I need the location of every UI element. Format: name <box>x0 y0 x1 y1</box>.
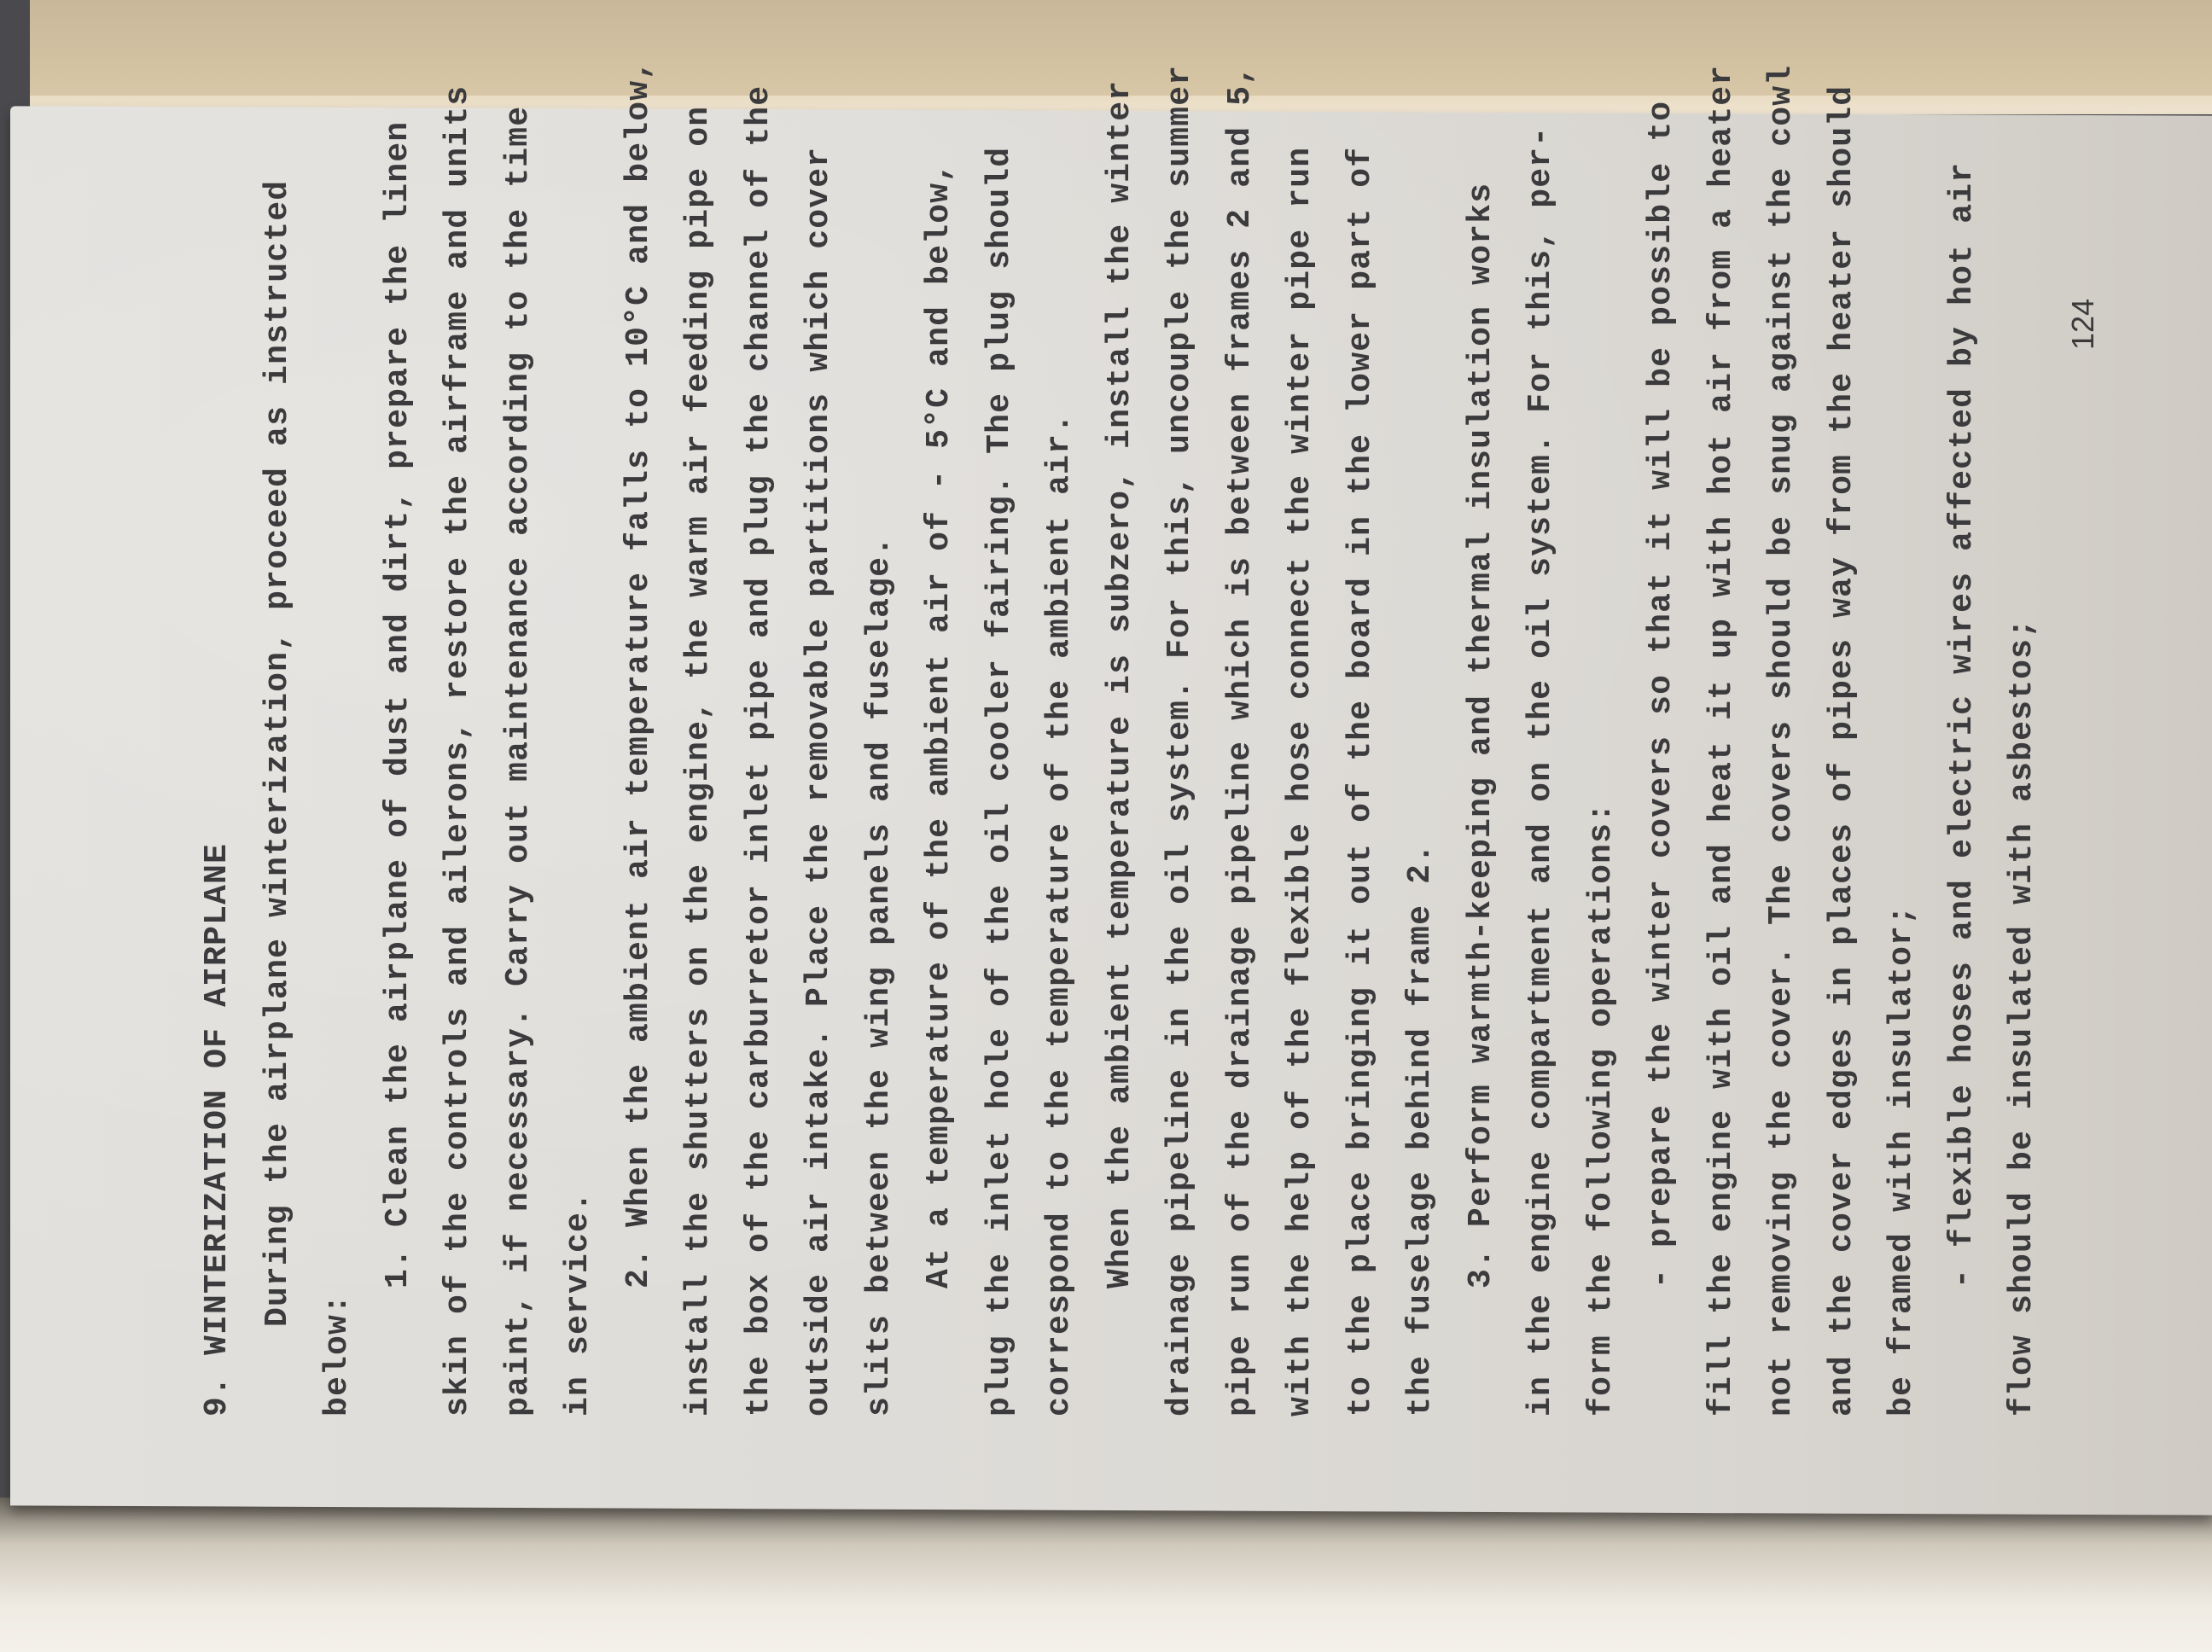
text-line: be framed with insulator; <box>1872 119 1933 1416</box>
text-line: in the engine compartment and on the oil… <box>1511 119 1572 1416</box>
text-line: 3. Perform warmth-keeping and thermal in… <box>1452 119 1512 1416</box>
text-line: drainage pipeline in the oil system. For… <box>1150 119 1211 1416</box>
text-line: not removing the cover. The covers shoul… <box>1752 119 1813 1416</box>
text-line: install the shutters on the engine, the … <box>669 119 730 1416</box>
text-line: paint, if necessary. Carry out maintenan… <box>489 119 550 1416</box>
text-line: 1. Clean the airplane of dust and dirt, … <box>369 119 429 1416</box>
text-line: with the help of the flexible hose conne… <box>1271 119 1331 1416</box>
text-line: During the airplane winterization, proce… <box>248 119 309 1416</box>
text-line: and the cover edges in places of pipes w… <box>1813 119 1873 1416</box>
text-line: pipe run of the drainage pipeline which … <box>1211 119 1272 1416</box>
text-line: 2. When the ambient air temperature fall… <box>609 119 670 1416</box>
text-line: correspond to the temperature of the amb… <box>1030 119 1091 1416</box>
text-line: the box of the carburretor inlet pipe an… <box>730 119 790 1416</box>
text-line: the fuselage behind frame 2. <box>1391 119 1452 1416</box>
text-line: - prepare the winter covers so that it w… <box>1632 119 1692 1416</box>
underlying-page <box>0 1498 2212 1652</box>
text-line: below: <box>308 119 369 1416</box>
text-line: - flexible hoses and electric wires affe… <box>1933 119 1994 1416</box>
text-line: plug the inlet hole of the oil cooler fa… <box>970 119 1031 1416</box>
text-line: outside air intake. Place the removable … <box>789 119 850 1416</box>
page-number: 124 <box>2065 299 2101 350</box>
section-title: 9. WINTERIZATION OF AIRPLANE <box>188 119 248 1416</box>
text-line: to the place bringing it out of the boar… <box>1331 119 1392 1416</box>
text-line: form the following operations: <box>1572 119 1633 1416</box>
text-line: When the ambient temperature is subzero,… <box>1091 119 1151 1416</box>
text-line: At a temperature of the ambient air of -… <box>910 119 970 1416</box>
text-line: flow should be insulated with asbestos; <box>1993 119 2053 1416</box>
text-line: skin of the controls and ailerons, resto… <box>428 119 489 1416</box>
text-line: fill the engine with oil and heat it up … <box>1692 119 1753 1416</box>
typewritten-text-body: 9. WINTERIZATION OF AIRPLANE During the … <box>188 119 2053 1416</box>
text-line: in service. <box>549 119 609 1416</box>
text-line: slits between the wing panels and fusela… <box>850 119 911 1416</box>
